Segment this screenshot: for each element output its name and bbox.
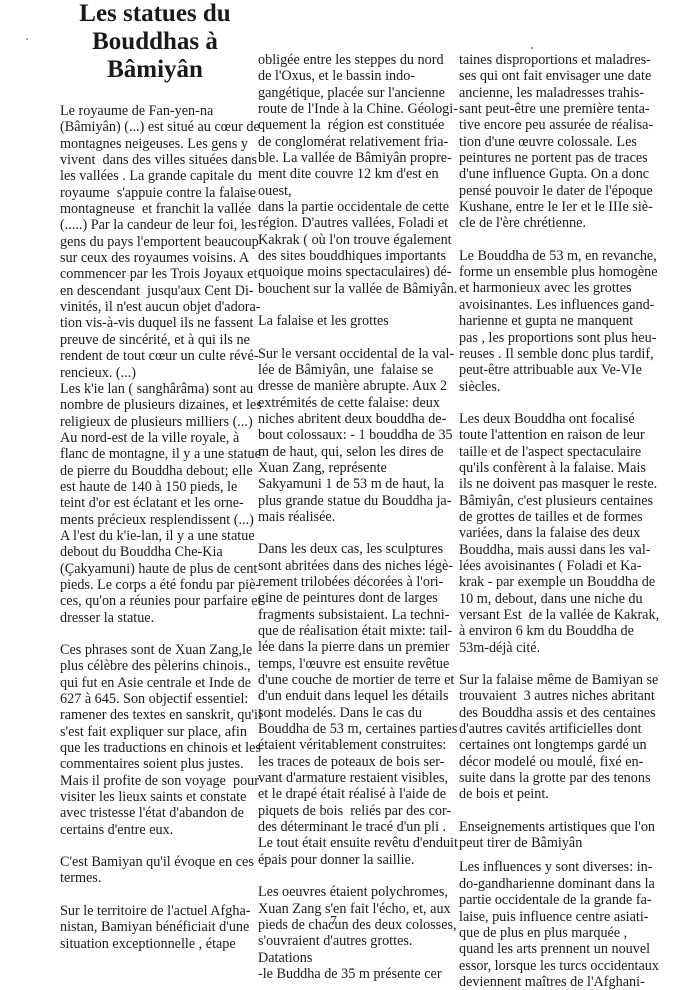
text-line: région. D'autres vallées, Foladi et — [258, 215, 453, 231]
paragraph: obligée entre les steppes du nordde l'Ox… — [258, 52, 453, 297]
text-line: laise, puis influence centre asiati- — [459, 909, 664, 925]
text-line: et le drapé était réalisé à l'aide de — [258, 786, 453, 802]
text-line: ses qui ont fait envisager une date — [459, 68, 664, 84]
text-line: Dans les deux cas, les sculptures — [258, 541, 453, 557]
text-line: situation exceptionnelle , étape — [60, 936, 250, 952]
text-line: sont abritées dans des niches légè- — [258, 558, 453, 574]
text-line: peut tirer de Bâmiyân — [459, 835, 664, 851]
paragraph: Les deux Bouddha ont focalisétoute l'att… — [459, 411, 664, 656]
text-line: pieds. Le corps a été fondu par piè- — [60, 577, 250, 593]
page-title: Les statues duBouddhas àBâmiyân — [60, 0, 250, 84]
text-line: de grottes de tailles et de formes — [459, 509, 664, 525]
text-line: lée dans la pierre dans un premier — [258, 639, 453, 655]
text-line: Xuan Zang s'en fait l'écho, et, aux — [258, 901, 453, 917]
paragraph: Sur la falaise même de Bamiyan setrouvai… — [459, 672, 664, 803]
text-line: Le royaume de Fan-yen-na — [60, 103, 250, 119]
text-line: C'est Bamiyan qu'il évoque en ces — [60, 854, 250, 870]
text-line: bout colossaux: - 1 bouddha de 35 — [258, 427, 453, 443]
text-line: que les traductions en chinois et les — [60, 740, 250, 756]
page-number: 7 — [330, 914, 337, 930]
text-line: (.....) Par la candeur de leur foi, les — [60, 217, 250, 233]
text-line: de bois et peint. — [459, 786, 664, 802]
text-line: Sur le territoire de l'actuel Afgha- — [60, 903, 250, 919]
paragraph: Ces phrases sont de Xuan Zang,leplus cél… — [60, 642, 250, 838]
text-line: Les deux Bouddha ont focalisé — [459, 411, 664, 427]
text-line: bouchent sur la vallée de Bâmiyân. — [258, 281, 453, 297]
text-line: extrémités de cette falaise: deux — [258, 395, 453, 411]
text-line: forme un ensemble plus homogène — [459, 264, 664, 280]
text-line: plus grande statue du Bouddha ja- — [258, 493, 453, 509]
text-line: des Bouddha assis et des centaines — [459, 705, 664, 721]
text-line: tion vis-à-vis duquel ils ne fassent — [60, 315, 250, 331]
text-line: flanc de montagne, il y a une statue — [60, 446, 250, 462]
paragraph: Sur le versant occidental de la val-lée … — [258, 346, 453, 526]
text-line: teint d'or est éclatant et les orne- — [60, 495, 250, 511]
text-line: piquets de bois reliés par des cor- — [258, 803, 453, 819]
text-line: toute l'attention en raison de leur — [459, 427, 664, 443]
text-line: lée de Bâmiyân, une falaise se — [258, 362, 453, 378]
text-line: quement la région est constituée — [258, 117, 453, 133]
text-line: que de réalisation était mixte: tail- — [258, 623, 453, 639]
section-heading: Enseignements artistiques que l'onpeut t… — [459, 819, 664, 852]
text-line: quand les arts prennent un nouvel — [459, 941, 664, 957]
paragraph: taines disproportions et maladres-ses qu… — [459, 52, 664, 232]
text-line: 10 m, debout, dans une niche du — [459, 591, 664, 607]
text-line: temps, l'œuvre est ensuite revêtue — [258, 656, 453, 672]
text-line: à environ 6 km du Bouddha de — [459, 623, 664, 639]
section-heading: La falaise et les grottes — [258, 313, 453, 329]
text-line: mais réalisée. — [258, 509, 453, 525]
text-line: Kushane, entre le Ier et le IIIe siè- — [459, 199, 664, 215]
text-line: obligée entre les steppes du nord — [258, 52, 453, 68]
text-line: que de plus en plus marquée , — [459, 925, 664, 941]
text-line: Xuan Zang, représente — [258, 460, 453, 476]
text-line: debout du Bouddha Che-Kia — [60, 544, 250, 560]
text-line: qu'ils confèrent à la falaise. Mais — [459, 460, 664, 476]
scan-speck — [531, 47, 533, 49]
text-line: des sites bouddhiques importants — [258, 248, 453, 264]
text-line: sant peut-être une première tenta- — [459, 101, 664, 117]
paragraph: C'est Bamiyan qu'il évoque en cestermes. — [60, 854, 250, 887]
text-line: montagnes neigeuses. Les gens y — [60, 136, 250, 152]
text-line: les traces de poteaux de bois ser- — [258, 754, 453, 770]
text-line: -le Buddha de 35 m présente cer — [258, 966, 453, 982]
text-line: krak - par exemple un Bouddha de — [459, 574, 664, 590]
text-line: ils ne doivent pas masquer le reste. — [459, 476, 664, 492]
text-line: étaient véritablement construites: — [258, 737, 453, 753]
text-line: Sakyamuni 1 de 53 m de haut, la — [258, 476, 453, 492]
text-line: peintures ne portent pas de traces — [459, 150, 664, 166]
text-line: avec tristesse l'état d'abandon de — [60, 805, 250, 821]
text-line: dresse de manière abrupte. Aux 2 — [258, 378, 453, 394]
text-line: rencieux. (...) — [60, 365, 250, 381]
text-line: ancienne, les maladresses trahis- — [459, 85, 664, 101]
text-line: nistan, Bamiyan bénéficiait d'une — [60, 919, 250, 935]
text-line: suite dans la grotte par des tenons — [459, 770, 664, 786]
text-line: sont modelés. Dans le cas du — [258, 705, 453, 721]
text-line: rement trilobées décorées à l'ori- — [258, 574, 453, 590]
text-line: les vallées . La grande capitale du — [60, 168, 250, 184]
text-line: Bâmiyân, c'est plusieurs centaines — [459, 493, 664, 509]
text-line: versant Est de la vallée de Kakrak, — [459, 607, 664, 623]
text-line: nombre de plusieurs dizaines, et les — [60, 397, 250, 413]
text-line: (Çakyamuni) haute de plus de cent — [60, 561, 250, 577]
title-line: Bâmiyân — [107, 56, 203, 83]
text-line: route de l'Inde à la Chine. Géologi- — [258, 101, 453, 117]
text-line: décor modelé ou moulé, fixé en- — [459, 754, 664, 770]
text-line: gangétique, placée sur l'ancienne — [258, 85, 453, 101]
text-line: des déterminant le tracé d'un pli . — [258, 819, 453, 835]
text-line: ces, qu'on a réunies pour parfaire et — [60, 593, 250, 609]
text-line: partie occidentale de la grande fa- — [459, 892, 664, 908]
text-line: ramener des textes en sanskrit, qu'il — [60, 707, 250, 723]
title-line: Bouddhas à — [92, 28, 218, 55]
paragraph: Le royaume de Fan-yen-na(Bâmiyân) (...) … — [60, 103, 250, 626]
text-line: essor, lorsque les turcs occidentaux — [459, 958, 664, 974]
text-line: variées, dans la falaise des deux — [459, 525, 664, 541]
paragraph: Les oeuvres étaient polychromes,Xuan Zan… — [258, 884, 453, 982]
text-line: est haute de 140 à 150 pieds, le — [60, 479, 250, 495]
text-line: rendent de tout cœur un culte révé- — [60, 348, 250, 364]
text-line: Enseignements artistiques que l'on — [459, 819, 664, 835]
text-line: dresser la statue. — [60, 610, 250, 626]
text-line: commencer par les Trois Joyaux et — [60, 266, 250, 282]
text-line: gine de peintures dont de larges — [258, 590, 453, 606]
text-line: et harmonieux avec les grottes — [459, 280, 664, 296]
text-line: commentaires soient plus justes. — [60, 756, 250, 772]
paragraph: Le Bouddha de 53 m, en revanche,forme un… — [459, 248, 664, 395]
text-line: qui fut en Asie centrale et Inde de — [60, 675, 250, 691]
text-line: sur ceux des royaumes voisins. A — [60, 250, 250, 266]
text-line: Les k'ie lan ( sanghârâma) sont au — [60, 381, 250, 397]
column-1: Les statues duBouddhas àBâmiyân Le royau… — [60, 0, 250, 952]
text-line: niches abritent deux bouddha de- — [258, 411, 453, 427]
text-line: avoisinantes. Les influences gand- — [459, 297, 664, 313]
scan-speck — [26, 38, 28, 40]
text-line: siècles. — [459, 379, 664, 395]
text-line: religieux de plusieurs milliers (...) — [60, 414, 250, 430]
text-line: épais pour donner la saillie. — [258, 852, 453, 868]
text-line: ment dite couvre 12 km d'est en — [258, 166, 453, 182]
text-line: reuses . Il semble donc plus tardif, — [459, 346, 664, 362]
text-line: Ces phrases sont de Xuan Zang,le — [60, 642, 250, 658]
text-line: gens du pays l'emportent beaucoup — [60, 234, 250, 250]
text-line: Le tout était ensuite revêtu d'enduit — [258, 835, 453, 851]
text-line: m de haut, qui, selon les dires de — [258, 444, 453, 460]
text-line: cle de l'ère chrétienne. — [459, 215, 664, 231]
text-line: Le Bouddha de 53 m, en revanche, — [459, 248, 664, 264]
text-line: Datations — [258, 950, 453, 966]
text-line: Kakrak ( où l'on trouve également — [258, 232, 453, 248]
text-line: d'un enduit dans lequel les détails — [258, 688, 453, 704]
text-line: La falaise et les grottes — [258, 313, 453, 329]
text-line: 627 à 645. Son objectif essentiel: — [60, 691, 250, 707]
text-line: Bouddha de 53 m, certaines parties — [258, 721, 453, 737]
text-line: s'est fait expliquer sur place, afin — [60, 724, 250, 740]
column-3: taines disproportions et maladres-ses qu… — [459, 52, 664, 990]
text-line: montagneuse et franchit la vallée — [60, 201, 250, 217]
title-line: Les statues du — [79, 0, 230, 27]
text-line: Au nord-est de la ville royale, à — [60, 430, 250, 446]
text-line: deviennent maîtres de l'Afghani- — [459, 974, 664, 990]
paragraph: Dans les deux cas, les sculpturessont ab… — [258, 541, 453, 868]
text-line: dans la partie occidentale de cette — [258, 199, 453, 215]
text-line: pensé pouvoir le dater de l'époque — [459, 183, 664, 199]
text-line: s'ouvraient d'autres grottes. — [258, 933, 453, 949]
text-line: ble. La vallée de Bâmiyân propre- — [258, 150, 453, 166]
text-line: pieds de chacun des deux colosses, — [258, 917, 453, 933]
text-line: ouest, — [258, 183, 453, 199]
text-line: taines disproportions et maladres- — [459, 52, 664, 68]
text-line: quoique moins spectaculaires) dé- — [258, 264, 453, 280]
text-line: de conglomérat relativement fria- — [258, 134, 453, 150]
text-line: de l'Oxus, et le bassin indo- — [258, 68, 453, 84]
text-line: preuve de sincérité, et à qui ils ne — [60, 332, 250, 348]
text-line: termes. — [60, 870, 250, 886]
text-line: A l'est du k'ie-lan, il y a une statue — [60, 528, 250, 544]
text-line: lées avoisinantes ( Foladi et Ka- — [459, 558, 664, 574]
text-line: Sur le versant occidental de la val- — [258, 346, 453, 362]
text-line: certaines ont longtemps gardé un — [459, 737, 664, 753]
text-line: ments précieux resplendissent (...) — [60, 512, 250, 528]
text-line: vinités, il n'est aucun objet d'adora- — [60, 299, 250, 315]
text-line: 53m-déjà cité. — [459, 640, 664, 656]
text-line: harienne et gupta ne manquent — [459, 313, 664, 329]
text-line: Bouddha, mais aussi dans les val- — [459, 542, 664, 558]
text-line: vant d'armature restaient visibles, — [258, 770, 453, 786]
text-line: tion d'une œuvre colossale. Les — [459, 134, 664, 150]
text-line: Les oeuvres étaient polychromes, — [258, 884, 453, 900]
text-line: d'une couche de mortier de terre et — [258, 672, 453, 688]
text-line: Mais il profite de son voyage pour — [60, 773, 250, 789]
text-line: fragments subsistaient. La techni- — [258, 607, 453, 623]
text-line: d'une influence Gupta. On a donc — [459, 166, 664, 182]
text-line: tive encore peu assurée de réalisa- — [459, 117, 664, 133]
text-line: de pierre du Bouddha debout; elle — [60, 463, 250, 479]
text-line: Les influences y sont diverses: in- — [459, 859, 664, 875]
text-line: vivent dans des villes situées dans — [60, 152, 250, 168]
text-line: peut-être attribuable aux Ve-VIe — [459, 362, 664, 378]
text-line: d'autres cavités artificielles dont — [459, 721, 664, 737]
column-2: obligée entre les steppes du nordde l'Ox… — [258, 52, 453, 982]
text-line: pas , les proportions sont plus heu- — [459, 330, 664, 346]
paragraph: Sur le territoire de l'actuel Afgha-nist… — [60, 903, 250, 952]
text-line: royaume s'appuie contre la falaise — [60, 185, 250, 201]
text-line: certains d'entre eux. — [60, 822, 250, 838]
text-line: do-gandharienne dominant dans la — [459, 876, 664, 892]
text-line: taille et de l'aspect spectaculaire — [459, 444, 664, 460]
paragraph: Les influences y sont diverses: in-do-ga… — [459, 859, 664, 990]
text-line: plus célèbre des pèlerins chinois., — [60, 658, 250, 674]
text-line: en descendant jusqu'aux Cent Di- — [60, 283, 250, 299]
text-line: (Bâmiyân) (...) est situé au cœur de — [60, 119, 250, 135]
text-line: Sur la falaise même de Bamiyan se — [459, 672, 664, 688]
text-line: trouvaient 3 autres niches abritant — [459, 688, 664, 704]
text-line: visiter les lieux saints et constate — [60, 789, 250, 805]
